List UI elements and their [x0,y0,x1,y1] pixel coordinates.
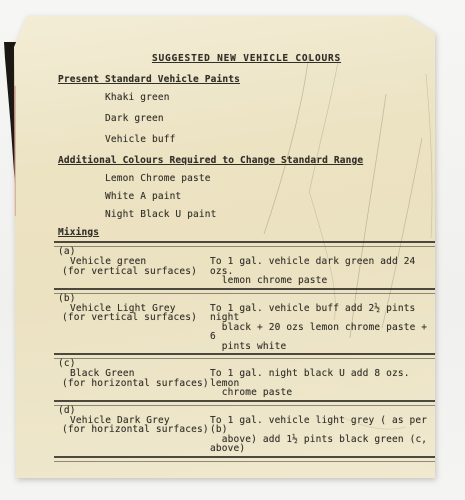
mixing-row: Vehicle Light Grey (for vertical surface… [58,304,435,352]
mixing-row: Black Green (for horizontal surfaces) To… [58,369,435,398]
colour-item: Lemon Chrome paste [105,174,435,184]
table-rule [54,456,435,462]
mixing-row-key: (d) [58,406,435,415]
document-title: SUGGESTED NEW VEHICLE COLOURS [58,54,435,64]
colour-item: White A paint [105,192,435,202]
additional-colours-heading: Additional Colours Required to Change St… [58,156,435,166]
paper-edge-tint [14,86,16,216]
mixings-heading: Mixings [58,228,435,238]
document-body: SUGGESTED NEW VEHICLE COLOURS Present St… [58,54,435,498]
mixing-surface-note: (for vertical surfaces) [58,313,210,323]
document-paper: SUGGESTED NEW VEHICLE COLOURS Present St… [14,16,435,478]
mixing-surface-note: (for horizontal surfaces) [58,425,210,435]
mixing-row-key: (a) [58,247,435,256]
mixing-recipe: To 1 gal. vehicle buff add 2½ pints nigh… [210,304,435,352]
mixing-recipe: To 1 gal. night black U add 8 ozs. lemon… [210,369,435,398]
mixing-row-key: (b) [58,294,435,303]
mixings-table: (a) Vehicle green (for vertical surfaces… [58,241,435,462]
present-paints-heading: Present Standard Vehicle Paints [58,75,435,85]
colour-item: Night Black U paint [105,210,435,220]
mixing-surface-note: (for vertical surfaces) [58,267,210,277]
mixing-recipe: To 1 gal. vehicle light grey ( as per (b… [210,416,435,454]
mixing-surface-note: (for horizontal surfaces) [58,379,210,389]
scanned-document-scene: SUGGESTED NEW VEHICLE COLOURS Present St… [0,0,465,500]
paint-item: Khaki green [105,93,435,103]
mixing-row: Vehicle green (for vertical surfaces) To… [58,257,435,286]
paper-shadow-wrap: SUGGESTED NEW VEHICLE COLOURS Present St… [0,0,421,462]
present-paints-list: Khaki green Dark green Vehicle buff [58,93,435,145]
footer-attribution: Camouflage Wing, S.M.E. (Fortress) [58,488,435,498]
paint-item: Dark green [105,114,435,124]
paint-item: Vehicle buff [105,135,435,145]
mixing-recipe: To 1 gal. vehicle dark green add 24 ozs.… [210,257,435,286]
mixing-row: Vehicle Dark Grey (for horizontal surfac… [58,416,435,454]
additional-colours-list: Lemon Chrome paste White A paint Night B… [58,174,435,220]
mixing-row-key: (c) [58,359,435,368]
